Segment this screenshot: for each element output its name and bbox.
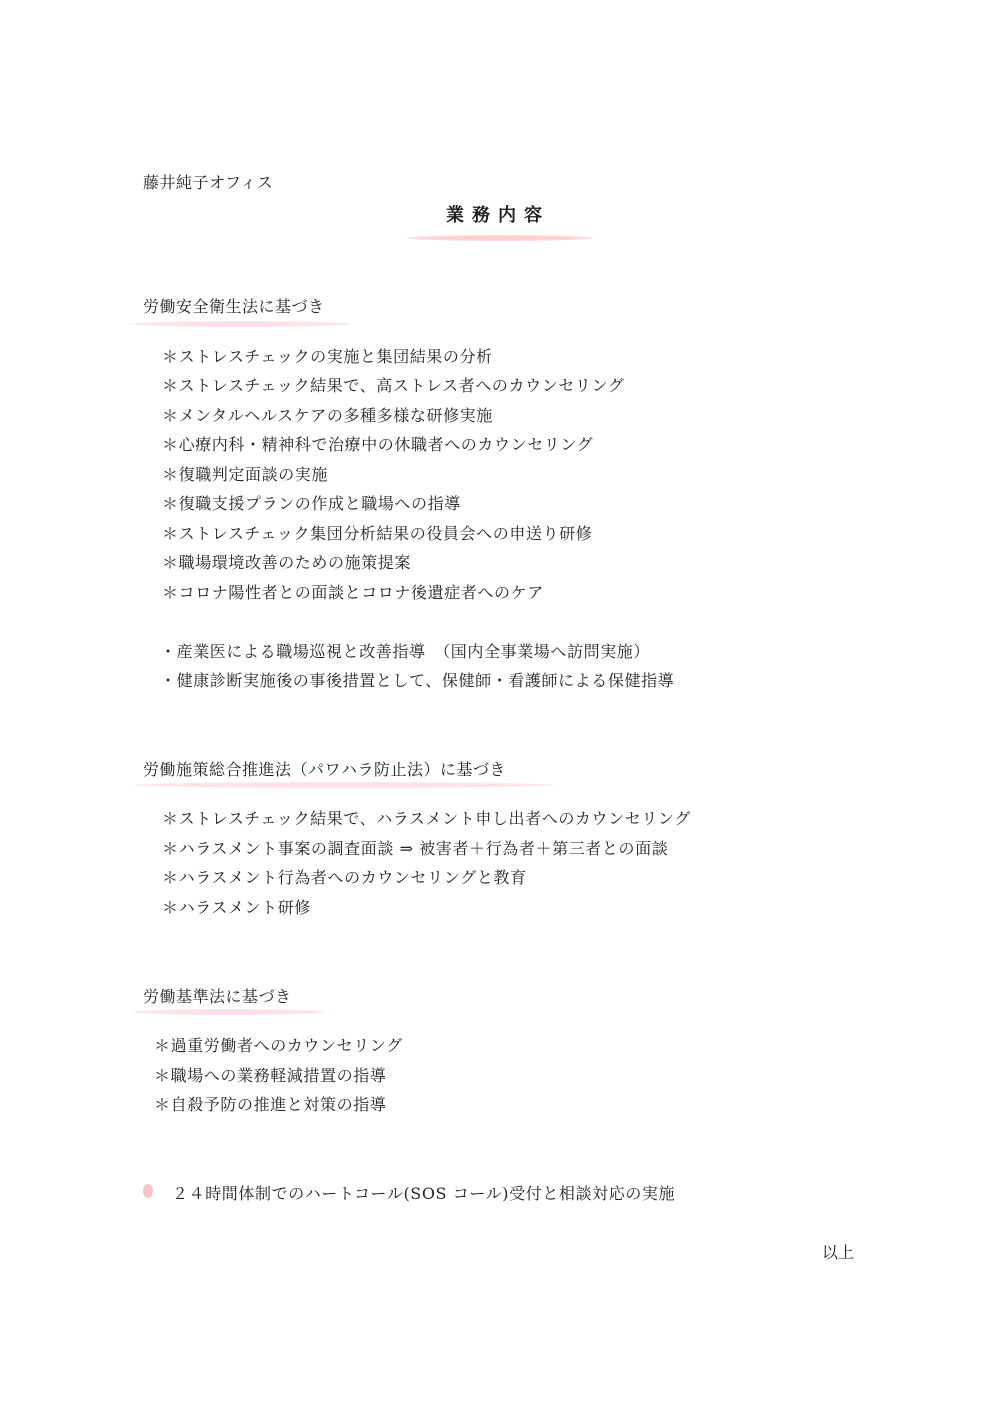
list-item: ＊ストレスチェック結果で、高ストレス者へのカウンセリング [162,373,624,396]
section-underline [133,321,351,327]
hotline-service-text: ２４時間体制でのハートコール(SOS コール)受付と相談対応の実施 [172,1181,675,1204]
list-item: ＊職場への業務軽減措置の指導 [154,1063,386,1086]
list-item: ＊コロナ陽性者との面談とコロナ後遺症者へのケア [162,580,544,603]
list-item: ＊メンタルヘルスケアの多種多様な研修実施 [162,403,493,426]
title-underline [407,235,594,241]
section-heading-safety-health-act: 労働安全衛生法に基づき [143,294,325,317]
list-item: ＊職場環境改善のための施策提案 [162,550,411,573]
list-item: ・産業医による職場巡視と改善指導 （国内全事業場へ訪問実施） [160,639,650,662]
list-item: ＊ストレスチェック集団分析結果の役員会への申送り研修 [162,521,592,544]
organization-name: 藤井純子オフィス [143,170,273,193]
list-item: ＊ハラスメント事案の調査面談 ⇒ 被害者＋行為者＋第三者との面談 [162,836,668,859]
page-title: 業務内容 [446,201,550,227]
section-underline [133,1009,324,1015]
list-item: ＊過重労働者へのカウンセリング [154,1033,403,1056]
list-item: ＊ハラスメント行為者へのカウンセリングと教育 [162,865,527,888]
list-item: ＊ハラスメント研修 [162,895,311,918]
section-underline [135,782,554,788]
list-item: ＊ストレスチェックの実施と集団結果の分析 [162,344,493,367]
list-item: ＊ストレスチェック結果で、ハラスメント申し出者へのカウンセリング [162,806,691,829]
closing-text: 以上 [822,1240,854,1263]
list-item: ＊自殺予防の推進と対策の指導 [154,1092,386,1115]
section-heading-power-harassment-act: 労働施策総合推進法（パワハラ防止法）に基づき [143,757,506,780]
pink-bullet-icon [143,1184,153,1198]
list-item: ＊復職判定面談の実施 [162,462,328,485]
list-item: ＊復職支援プランの作成と職場への指導 [162,491,461,514]
list-item: ・健康診断実施後の事後措置として、保健師・看護師による保健指導 [160,668,674,691]
section-heading-labor-standards-act: 労働基準法に基づき [143,984,292,1007]
list-item: ＊心療内科・精神科で治療中の休職者へのカウンセリング [162,432,593,455]
